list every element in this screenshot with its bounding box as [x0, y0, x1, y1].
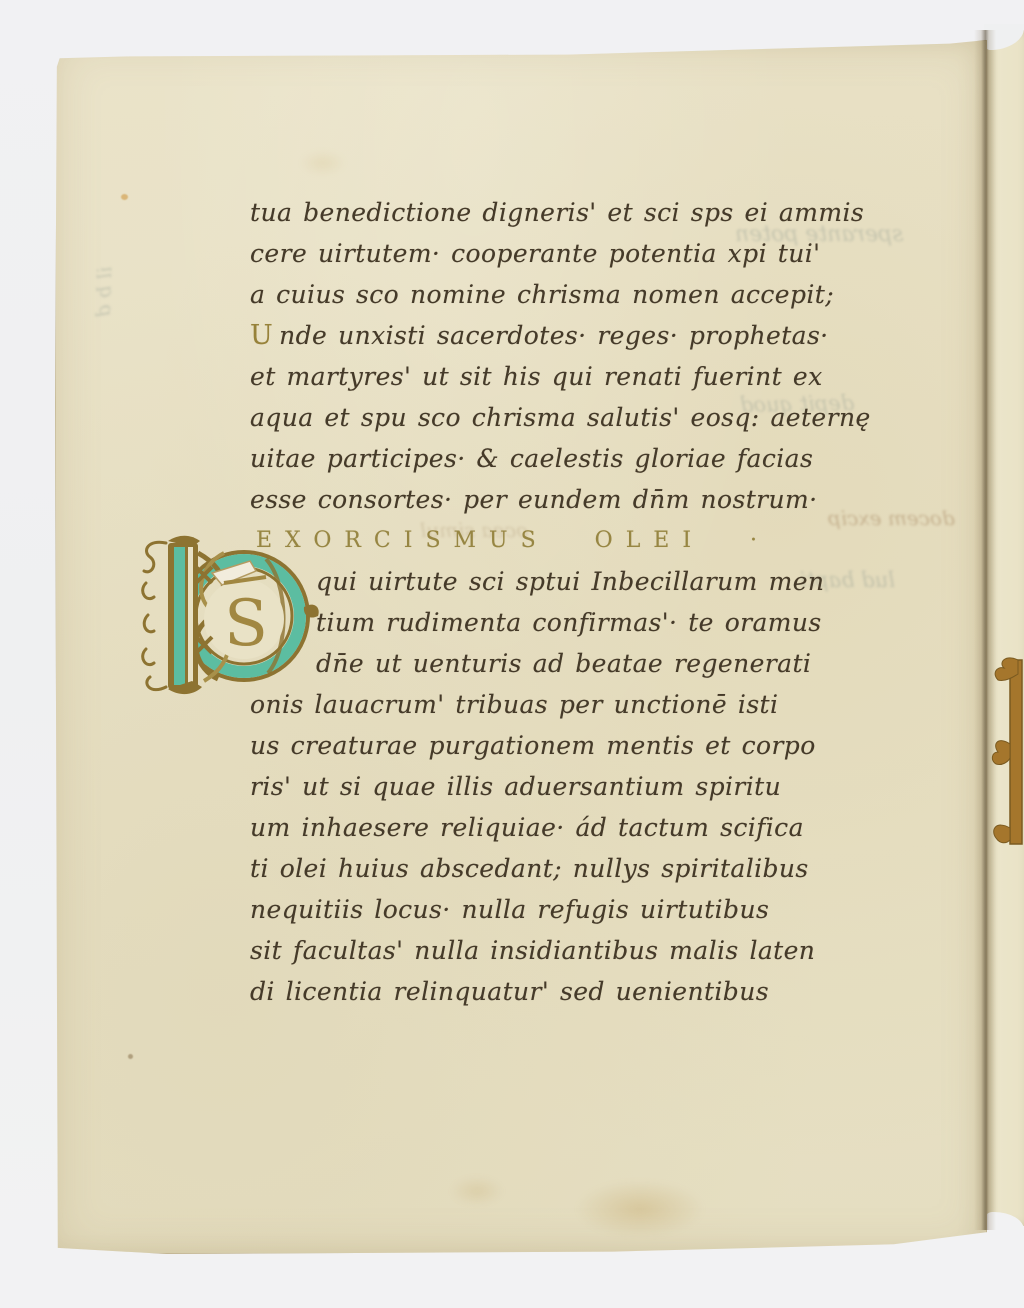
text-line: esse consortes· per eundem dn̄m nostrum·: [250, 479, 940, 520]
text-line: ris' ut si quae illis aduersantium spiri…: [250, 766, 940, 807]
text-line: um inhaesere reliquiae· ád tactum scific…: [250, 807, 940, 848]
text-line: a cuius sco nomine chrisma nomen accepit…: [250, 274, 940, 315]
rubric-heading: EXORCISMUS OLEI ·: [250, 520, 940, 561]
text-line: ti olei huius abscedant; nullys spirital…: [250, 848, 940, 889]
text-line: qui uirtute sci sptui Inbecillarum men: [250, 561, 940, 602]
text-line: tua benedictione digneris' et sci sps ei…: [250, 192, 940, 233]
text-line: cere uirtutem· cooperante potentia xpi t…: [250, 233, 940, 274]
text-line: sit facultas' nulla insidiantibus malis …: [250, 930, 940, 971]
text-line: onis lauacrum' tribuas per unctionē isti: [250, 684, 940, 725]
text-line: Unde unxisti sacerdotes· reges· propheta…: [250, 315, 940, 356]
text-line: et martyres' ut sit his qui renati fueri…: [250, 356, 940, 397]
manuscript-photo: sperante poten depit quod docem excip oc…: [0, 0, 1024, 1308]
text-line: di licentia relinquatur' sed uenientibus: [250, 971, 940, 1012]
text-line: tium rudimenta confirmas'· te oramus: [250, 602, 940, 643]
text-line: dn̄e ut uenturis ad beatae regenerati: [250, 643, 940, 684]
gutter-fold-shadow: [974, 30, 996, 1230]
text-line: nequitiis locus· nulla refugis uirtutibu…: [250, 889, 940, 930]
text-block: tua benedictione digneris' et sci sps ei…: [250, 192, 940, 1012]
next-folio-partial-initial: [988, 652, 1024, 852]
gold-versal-u: U: [250, 320, 273, 351]
text-line: uitae participes· & caelestis gloriae fa…: [250, 438, 940, 479]
text-line: us creaturae purgationem mentis et corpo: [250, 725, 940, 766]
text-line: aqua et spu sco chrisma salutis' eosq: a…: [250, 397, 940, 438]
